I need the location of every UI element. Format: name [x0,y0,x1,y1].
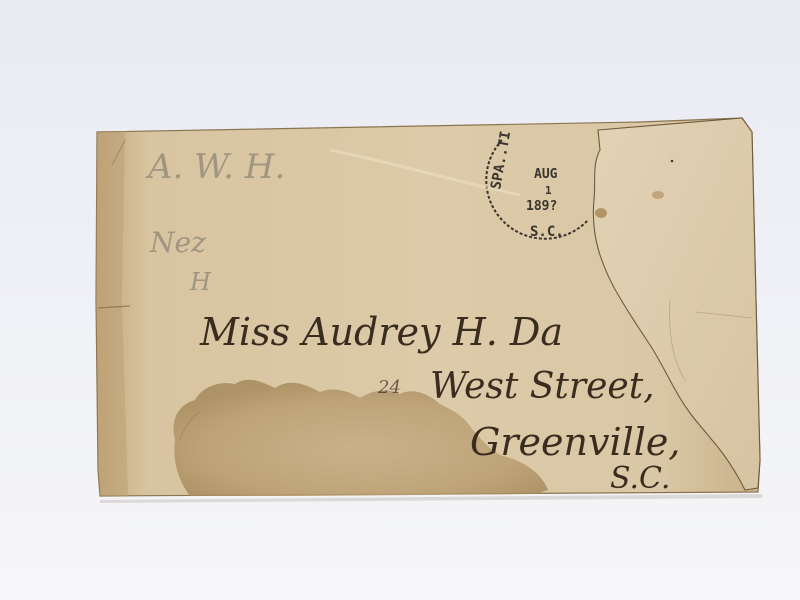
postmark-day: 1 [545,184,552,197]
pencil-note-line2: Nez [149,226,206,259]
street-name: West Street, [430,366,655,407]
envelope-photo: SPA..TI AUG 1 189? S.C. A. W. H. Nez H M… [0,0,800,600]
pencil-note-line1: A. W. H. [145,147,285,187]
state-abbrev: S.C. [610,461,670,496]
recipient-name: Miss Audrey H. Da [199,310,563,354]
pencil-note-line3: H [189,268,212,296]
postmark-state: S.C. [530,224,564,240]
city-name: Greenville, [470,420,680,464]
street-number: 24 [377,377,401,398]
postmark-year: 189? [526,199,557,214]
postmark-month: AUG [534,167,558,182]
